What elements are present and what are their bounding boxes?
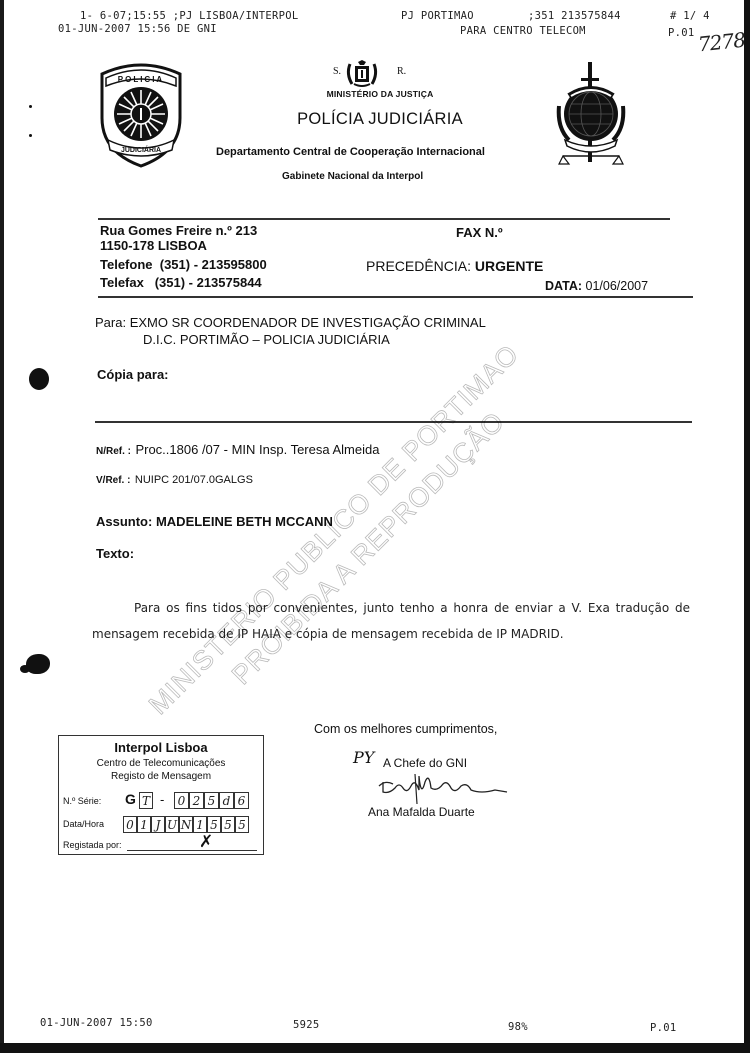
stamp-datetime-box: U (165, 816, 179, 833)
stamp-datetime-box: 0 (123, 816, 137, 833)
divider-address (98, 296, 693, 298)
stamp-datetime-box: J (151, 816, 165, 833)
signature-initials: PY (353, 748, 374, 767)
department-name: Departamento Central de Cooperação Inter… (216, 146, 485, 158)
stamp-serial-digit: 5 (204, 792, 219, 809)
scan-border-left (0, 0, 4, 1053)
stamp-registered-line (127, 850, 257, 851)
address-street: Rua Gomes Freire n.º 213 (100, 223, 257, 238)
stamp-registered-mark: ✗ (199, 832, 213, 852)
scan-speck (29, 105, 32, 108)
stamp-datetime-boxes: 0 1 J U N 1 5 5 5 (123, 816, 249, 833)
interpol-registration-stamp: Interpol Lisboa Centro de Telecomunicaçõ… (58, 735, 264, 855)
stamp-datetime-box: 5 (221, 816, 235, 833)
stamp-serial-digit: d (219, 792, 234, 809)
stamp-datetime-box: 1 (137, 816, 151, 833)
handwritten-signature-icon (375, 768, 515, 806)
divider-top (98, 218, 670, 220)
fax-header-page: P.01 (668, 27, 695, 39)
stamp-serial-digit: 6 (234, 792, 249, 809)
recipient-line1: Para: EXMO SR COORDENADOR DE INVESTIGAÇÃ… (95, 315, 486, 330)
fax-footer-percent: 98% (508, 1021, 528, 1033)
hole-punch-mark (29, 368, 49, 390)
recipient-label: Para: (95, 315, 126, 330)
hole-punch-mark-tail (20, 665, 30, 673)
subject-value: MADELEINE BETH MCCANN (156, 514, 333, 529)
stamp-datetime-box: 5 (235, 816, 249, 833)
stamp-datetime-box: 5 (207, 816, 221, 833)
fax-value: (351) - 213575844 (155, 275, 262, 290)
fax-header-sender: 1- 6-07;15:55 ;PJ LISBOA/INTERPOL (80, 10, 299, 22)
hole-punch-mark (26, 654, 50, 674)
watermark-line1: MINISTERIO PUBLICO DE PORTIMAO (143, 339, 525, 721)
precedence: PRECEDÊNCIA: URGENTE (366, 258, 543, 274)
our-reference-value: Proc..1806 /07 - MIN Insp. Teresa Almeid… (135, 442, 379, 457)
fax-number-label: FAX N.º (456, 225, 503, 240)
your-reference-label: V/Ref. : (96, 475, 130, 486)
fax-label: Telefax (100, 275, 144, 290)
our-reference-label: N/Ref. : (96, 446, 131, 457)
text-label: Texto: (96, 546, 134, 561)
stamp-subtitle1: Centro de Telecomunicações (59, 758, 263, 769)
stamp-serial-box-group: T (139, 792, 153, 809)
arms-right-letter: R. (397, 66, 406, 77)
handwritten-page-number: 7278 (697, 28, 746, 57)
your-reference-value: NUIPC 201/07.0GALGS (135, 474, 253, 486)
precedence-value: URGENTE (475, 258, 543, 274)
fax-footer-page: P.01 (650, 1022, 677, 1034)
stamp-datetime-box: N (179, 816, 193, 833)
ministry-name: MINISTÉRIO DA JUSTIÇA (0, 89, 750, 99)
svg-text:POLICIA: POLICIA (118, 75, 164, 84)
stamp-serial-digits: 0 2 5 d 6 (174, 792, 249, 809)
signatory-name: Ana Mafalda Duarte (368, 805, 475, 819)
fax-header-to: PARA CENTRO TELECOM (460, 25, 586, 37)
stamp-registered-label: Registada por: (63, 840, 122, 850)
body-text: Para os fins tidos por convenientes, jun… (92, 595, 690, 647)
recipient-line2: D.I.C. PORTIMÃO – POLICIA JUDICIÁRIA (143, 332, 390, 347)
copy-to-label: Cópia para: (97, 367, 169, 382)
date-value: 01/06/2007 (586, 279, 649, 293)
stamp-serial-label: N.º Série: (63, 796, 101, 806)
agency-name: POLÍCIA JUDICIÁRIA (0, 110, 750, 129)
phone-label: Telefone (100, 257, 153, 272)
stamp-serial-dash: - (160, 792, 164, 807)
scan-border-bottom (0, 1043, 750, 1053)
fax-header-phone: ;351 213575844 (528, 10, 621, 22)
address-city: 1150-178 LISBOA (100, 238, 207, 253)
arms-left-letter: S. (333, 66, 341, 77)
date: DATA: 01/06/2007 (545, 279, 648, 293)
stamp-serial-prefix: G (125, 791, 136, 807)
your-reference: V/Ref. : NUIPC 201/07.0GALGS (96, 470, 253, 488)
office-name: Gabinete Nacional da Interpol (282, 171, 423, 182)
our-reference: N/Ref. : Proc..1806 /07 - MIN Insp. Tere… (96, 441, 379, 459)
fax-header-timestamp: 01-JUN-2007 15:56 DE GNI (58, 23, 217, 35)
precedence-label: PRECEDÊNCIA: (366, 258, 471, 274)
divider-copy (95, 421, 692, 423)
stamp-datetime-box: 1 (193, 816, 207, 833)
subject-label: Assunto: (96, 514, 152, 529)
fax-header-destination: PJ PORTIMAO (401, 10, 474, 22)
stamp-serial-digit: 2 (189, 792, 204, 809)
svg-text:JUDICIÁRIA: JUDICIÁRIA (121, 145, 161, 154)
address-fax: Telefax (351) - 213575844 (100, 275, 262, 290)
fax-header-page-count: # 1/ 4 (670, 10, 710, 22)
recipient-name: EXMO SR COORDENADOR DE INVESTIGAÇÃO CRIM… (130, 315, 486, 330)
stamp-serial-box: T (139, 792, 153, 809)
body-paragraph: Para os fins tidos por convenientes, jun… (92, 595, 690, 647)
stamp-title: Interpol Lisboa (59, 740, 263, 755)
fax-footer-id: 5925 (293, 1019, 320, 1031)
subject: Assunto: MADELEINE BETH MCCANN (96, 514, 333, 529)
interpol-emblem-icon (555, 62, 627, 170)
stamp-subtitle2: Registo de Mensagem (59, 771, 263, 782)
scan-border-right (744, 0, 750, 1053)
scan-speck (29, 134, 32, 137)
date-label: DATA: (545, 279, 582, 293)
stamp-datetime-label: Data/Hora (63, 819, 104, 829)
portugal-coat-of-arms-icon (342, 60, 382, 88)
closing-salutation: Com os melhores cumprimentos, (314, 722, 497, 736)
stamp-serial-digit: 0 (174, 792, 189, 809)
phone-value: (351) - 213595800 (160, 257, 267, 272)
fax-footer-datetime: 01-JUN-2007 15:50 (40, 1017, 153, 1029)
address-phone: Telefone (351) - 213595800 (100, 257, 267, 272)
